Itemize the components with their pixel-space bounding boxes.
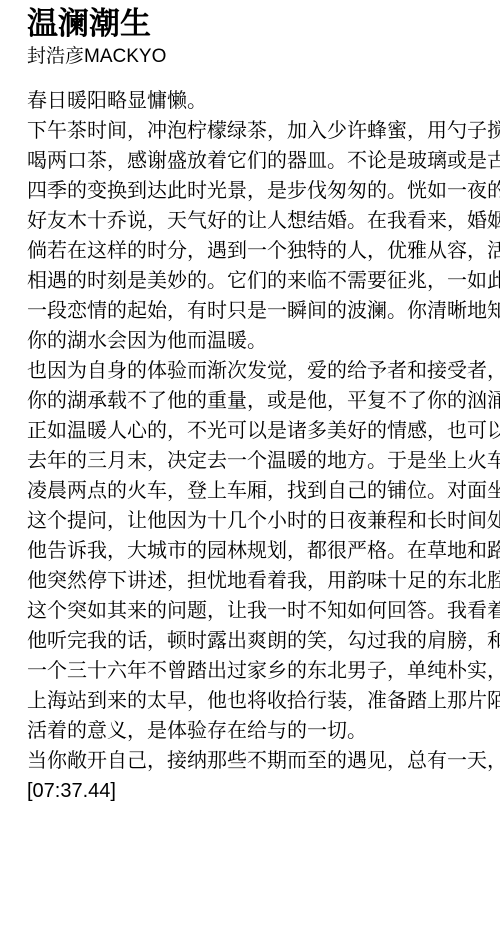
- lyric-line: 他听完我的话，顿时露出爽朗的笑，勾过我的肩膀，和: [27, 626, 500, 656]
- lyric-line: 好友木十乔说，天气好的让人想结婚。在我看来，婚姻: [27, 206, 500, 236]
- artist-name: 封浩彦MACKYO: [27, 45, 500, 69]
- lyric-line: 四季的变换到达此时光景，是步伐匆匆的。恍如一夜的: [27, 176, 500, 206]
- lyric-line: 他突然停下讲述，担忧地看着我，用韵味十足的东北腔: [27, 566, 500, 596]
- lyric-line: 一段恋情的起始，有时只是一瞬间的波澜。你清晰地知: [27, 296, 500, 326]
- lyric-line: 倘若在这样的时分，遇到一个独特的人，优雅从容，活: [27, 236, 500, 266]
- lyric-line: 一个三十六年不曾踏出过家乡的东北男子，单纯朴实，: [27, 656, 500, 686]
- lyric-line: 凌晨两点的火车，登上车厢，找到自己的铺位。对面坐: [27, 476, 500, 506]
- lyric-line: 正如温暖人心的，不光可以是诸多美好的情感，也可以: [27, 416, 500, 446]
- lyric-line: 这个突如其来的问题，让我一时不知如何回答。我看着: [27, 596, 500, 626]
- song-title: 温澜潮生: [27, 5, 500, 43]
- lyric-line: 上海站到来的太早，他也将收拾行装，准备踏上那片陌: [27, 686, 500, 716]
- lyrics-page: 温澜潮生 封浩彦MACKYO 春日暖阳略显慵懒。下午茶时间，冲泡柠檬绿茶，加入少…: [0, 0, 500, 806]
- lyric-line: 活着的意义，是体验存在给与的一切。: [27, 716, 500, 746]
- lyric-line: 你的湖水会因为他而温暖。: [27, 326, 500, 356]
- lyrics-body: 春日暖阳略显慵懒。下午茶时间，冲泡柠檬绿茶，加入少许蜂蜜，用勺子搅喝两口茶，感谢…: [27, 86, 500, 776]
- lyric-line: 春日暖阳略显慵懒。: [27, 86, 500, 116]
- timestamp: [07:37.44]: [27, 776, 500, 806]
- lyric-line: 这个提问，让他因为十几个小时的日夜兼程和长时间处: [27, 506, 500, 536]
- lyric-line: 他告诉我，大城市的园林规划，都很严格。在草地和路: [27, 536, 500, 566]
- lyric-line: 相遇的时刻是美妙的。它们的来临不需要征兆，一如此: [27, 266, 500, 296]
- lyric-line: 也因为自身的体验而渐次发觉，爱的给予者和接受者，: [27, 356, 500, 386]
- lyric-line: 你的湖承载不了他的重量，或是他，平复不了你的汹涌: [27, 386, 500, 416]
- lyric-line: 下午茶时间，冲泡柠檬绿茶，加入少许蜂蜜，用勺子搅: [27, 116, 500, 146]
- lyric-line: 当你敞开自己，接纳那些不期而至的遇见，总有一天，: [27, 746, 500, 776]
- lyric-line: 喝两口茶，感谢盛放着它们的器皿。不论是玻璃或是古: [27, 146, 500, 176]
- lyric-line: 去年的三月末，决定去一个温暖的地方。于是坐上火车: [27, 446, 500, 476]
